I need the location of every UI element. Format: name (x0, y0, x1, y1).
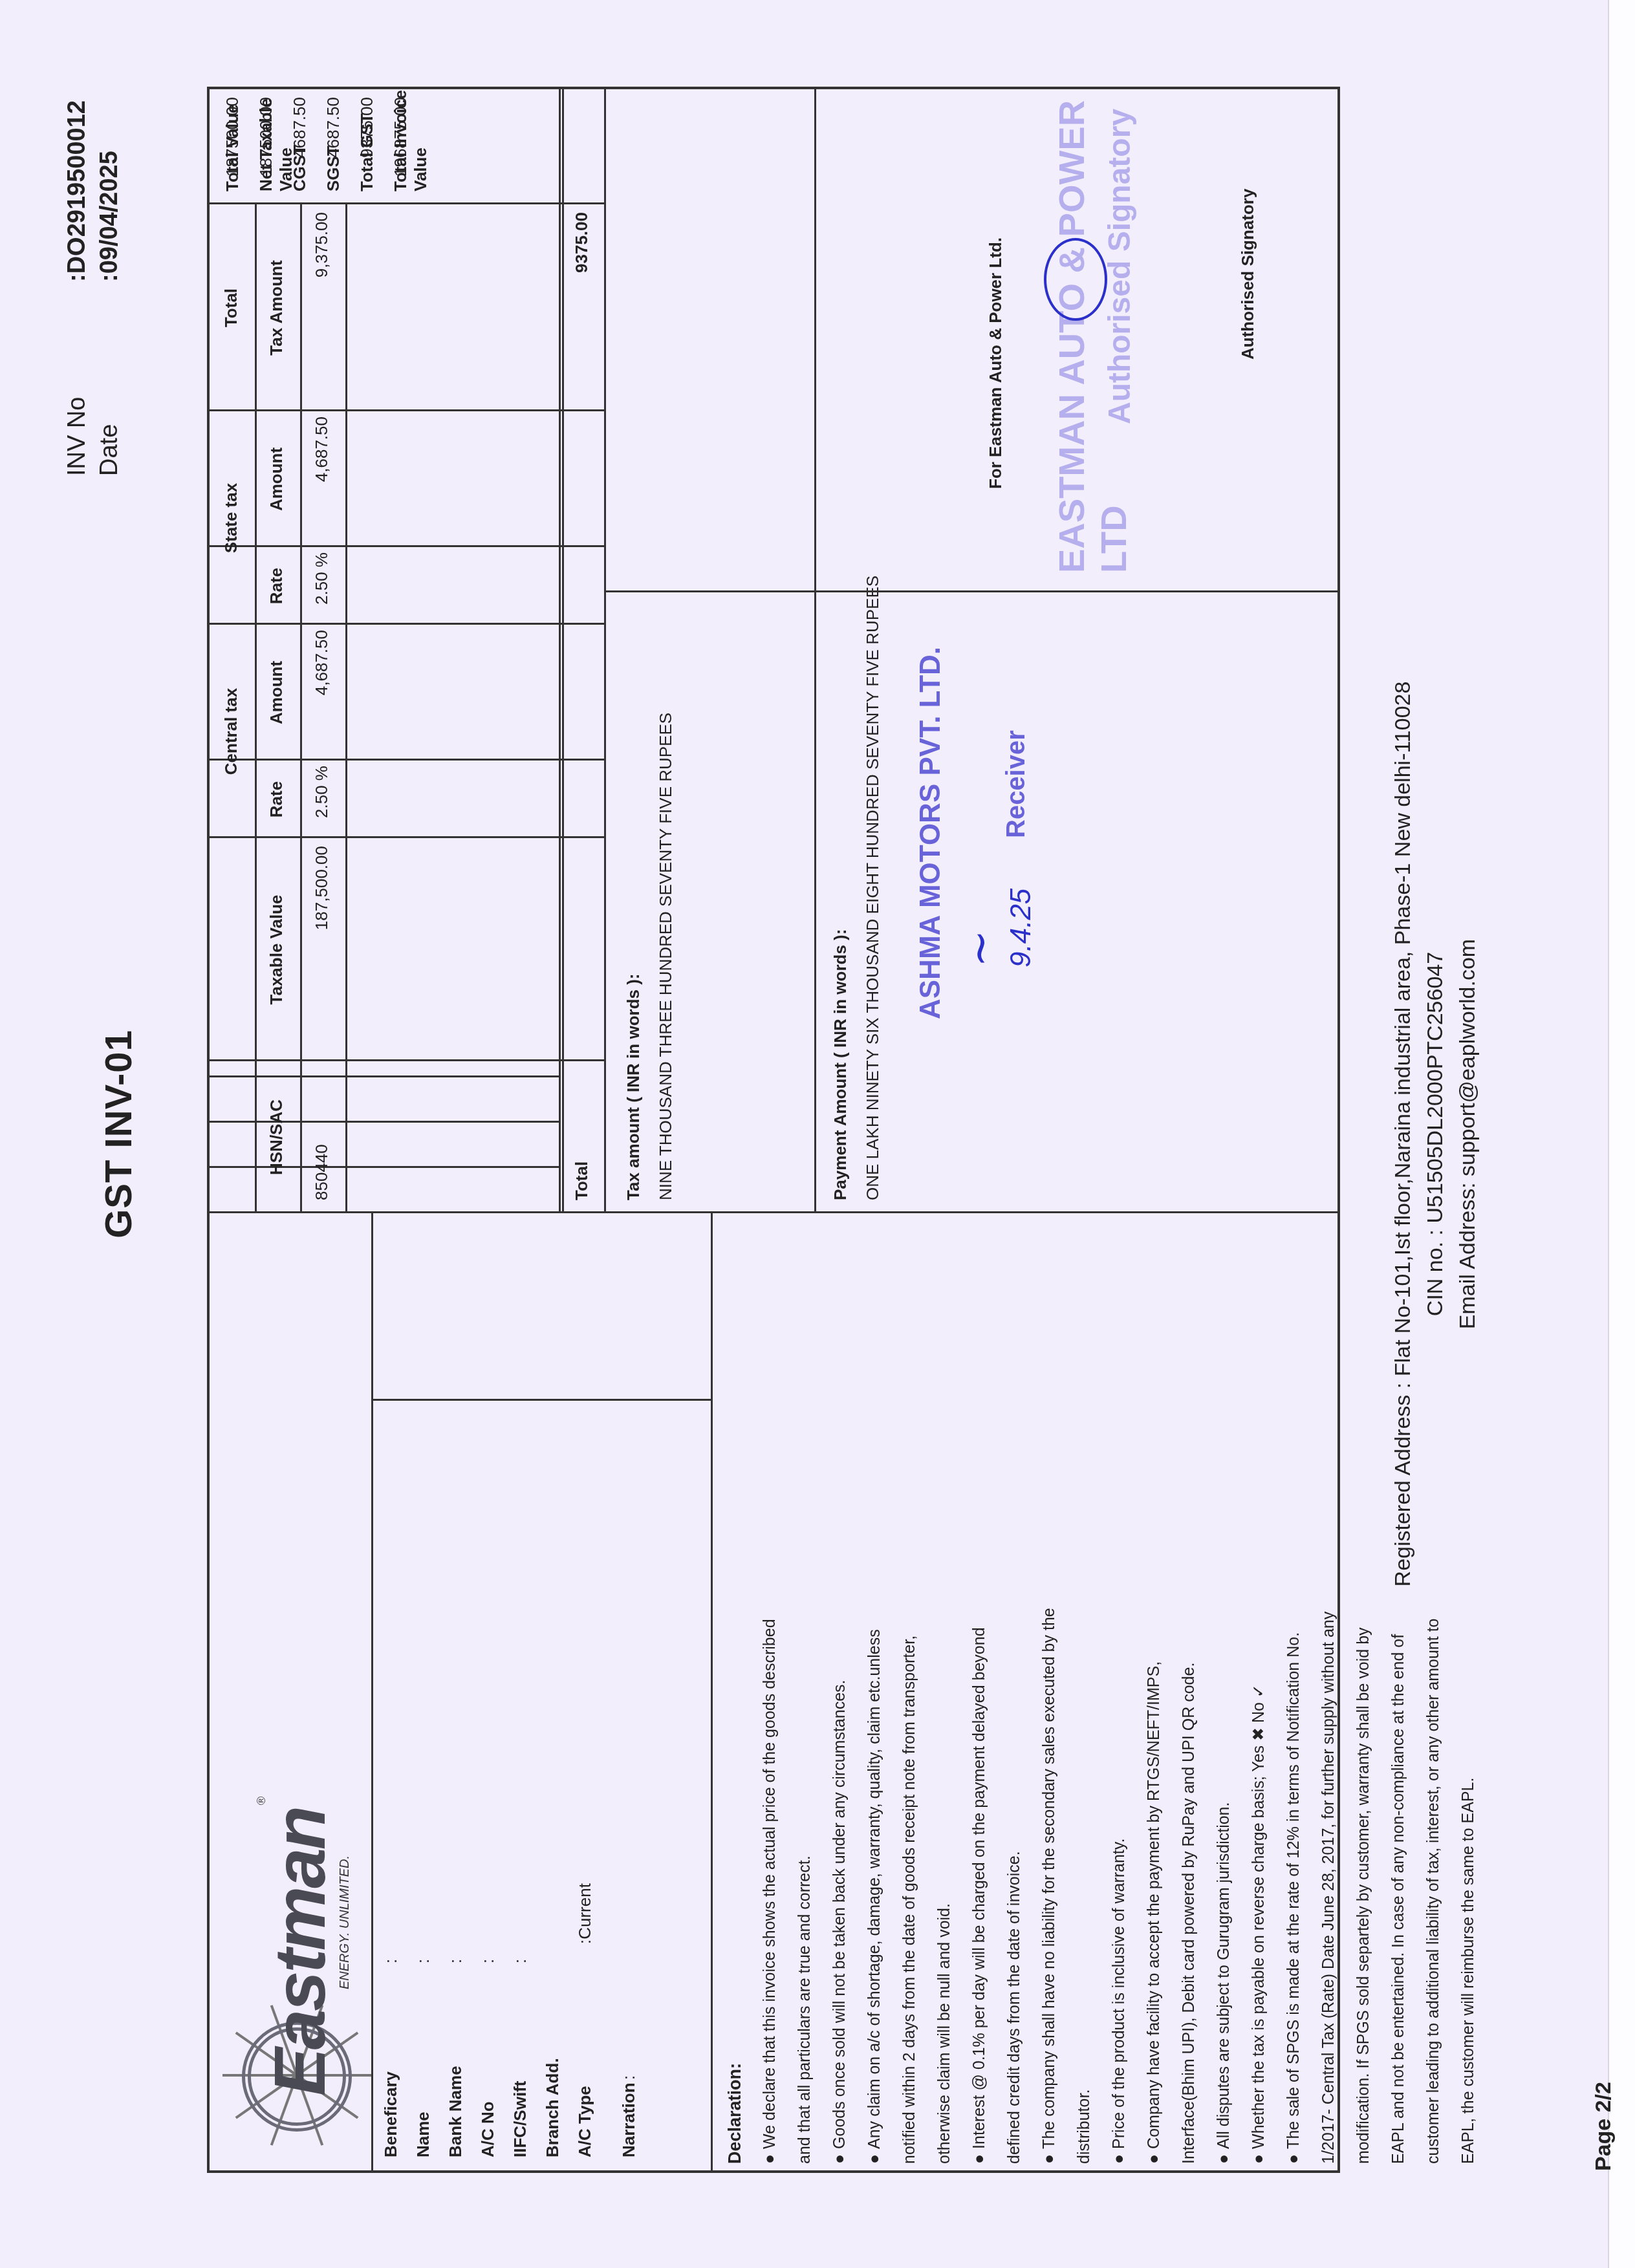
table-row-divider (559, 204, 561, 1213)
declaration-line: and that all particulars are true and co… (787, 1220, 822, 2164)
header-hsn-sac: HSN/SAC (266, 1061, 287, 1213)
cell-sgst-amount: 4,687.50 (312, 416, 332, 547)
header-central-tax: Central tax (221, 625, 241, 838)
field-beneficary: Beneficary : (381, 1407, 413, 2157)
summary-box: Total Value:187500.00Net Taxable Value:1… (210, 87, 604, 204)
declaration-line: distributor. (1067, 1220, 1101, 2164)
declaration-line: Company have facility to accept the paym… (1136, 1220, 1171, 2164)
field-ac-no: A/C No : (478, 1407, 510, 2157)
cell-sgst-rate: 2.50 % (312, 552, 332, 625)
signatory-divider (604, 590, 1340, 592)
declaration-line: 1/2017- Central Tax (Rate) Date June 28,… (1311, 1220, 1346, 2164)
declaration-line: The company shall have no liability for … (1032, 1220, 1067, 2164)
declaration-heading: Declaration: (717, 1220, 752, 2164)
page-number: Page 2/2 (1591, 2082, 1616, 2171)
summary-row: Total GST:9375.00 (357, 87, 389, 204)
date-label: Date (93, 282, 125, 476)
summary-value: 4687.50 (323, 97, 343, 158)
summary-row: SGST:4687.50 (323, 87, 356, 204)
declaration-lines: We declare that this invoice shows the a… (752, 1220, 1486, 2164)
summary-value: 4687.50 (290, 97, 310, 158)
declaration-line: Price of the product is inclusive of war… (1101, 1220, 1136, 2164)
logo-wordmark: Eastman (258, 1808, 341, 2096)
company-signature (1044, 238, 1107, 321)
receiver-signature: ~ (953, 929, 1006, 967)
declaration-line: Interest @ 0.1% per day will be charged … (962, 1220, 997, 2164)
summary-value: 187500.00 (256, 97, 276, 177)
field-branch-address: Branch Add. (543, 1407, 575, 2157)
summary-row: Total Invoice Value:196875.00 (391, 87, 423, 204)
footer-address: Registered Address : Flat No-101,Ist flo… (1391, 0, 1416, 2268)
declaration-line: defined credit days from the date of inv… (997, 1220, 1032, 2164)
field-name: Name : (413, 1407, 446, 2157)
authorised-signatory-label: Authorised Signatory (1238, 189, 1258, 360)
summary-value: 187500.00 (222, 97, 243, 177)
declaration-line: Whether the tax is payable on reverse ch… (1241, 1220, 1276, 2164)
summary-row: Net Taxable Value:187500.00 (256, 87, 288, 204)
receiver-stamp-role: Receiver (1002, 730, 1031, 838)
declaration-line: We declare that this invoice shows the a… (752, 1220, 787, 2164)
logo-tagline: ENERGY. UNLIMITED. (338, 1855, 352, 1989)
cell-tax-amount: 9,375.00 (312, 212, 332, 411)
declaration-block: Declaration: We declare that this invoic… (717, 1220, 1486, 2164)
table-row-divider (255, 204, 257, 1213)
header-tax-amount: Tax Amount (266, 204, 287, 411)
for-company-label: For Eastman Auto & Power Ltd. (986, 237, 1006, 489)
table-row-divider (300, 204, 302, 1213)
table-row-divider (604, 87, 606, 1213)
inv-no-label: INV No (61, 282, 93, 476)
declaration-line: Goods once sold will not be taken back u… (822, 1220, 857, 2164)
registered-mark: ® (255, 1797, 268, 1805)
cell-cgst-amount: 4,687.50 (312, 630, 332, 761)
tax-words-label: Tax amount ( INR in words ): (623, 973, 644, 1200)
invoice-frame: Eastman ® ENERGY. UNLIMITED. Beneficary … (207, 87, 1340, 2173)
payment-words-label: Payment Amount ( INR in words ): (830, 929, 850, 1200)
summary-value: 196875.00 (391, 97, 411, 177)
declaration-line: All disputes are subject to Gurugram jur… (1206, 1220, 1241, 2164)
total-tax-value: 9375.00 (572, 212, 592, 411)
tax-grid (210, 87, 559, 1213)
header-sgst-rate: Rate (266, 547, 287, 625)
header-cgst-rate: Rate (266, 761, 287, 838)
footer-email: Email Address: support@eaplworld.com (1455, 0, 1480, 2268)
declaration-line: modification. If SPGS sold separtely by … (1346, 1220, 1381, 2164)
header-cgst-amount: Amount (266, 625, 287, 761)
cell-cgst-rate: 2.50 % (312, 766, 332, 838)
header-state-tax: State tax (221, 411, 241, 625)
field-ac-type: A/C Type :Current (575, 1407, 612, 2157)
header-taxable-value: Taxable Value (266, 838, 287, 1061)
declaration-line: otherwise claim will be null and void. (927, 1220, 962, 2164)
table-row-divider (345, 204, 347, 1213)
receiver-date: 9.4.25 (1005, 889, 1037, 967)
declaration-line: The sale of SPGS is made at the rate of … (1276, 1220, 1311, 2164)
declaration-line: Interface(Bhim UPI), Debit card powered … (1171, 1220, 1206, 2164)
date-value: :09/04/2025 (96, 151, 123, 282)
company-stamp-line2: Authorised Signatory (1102, 109, 1138, 424)
declaration-line: Any claim on a/c of shortage, damage, wa… (857, 1220, 892, 2164)
summary-row: Total Value:187500.00 (222, 87, 255, 204)
summary-row: CGST:4687.50 (290, 87, 322, 204)
beneficiary-block: Beneficary : Name : Bank Name : A/C No :… (381, 1407, 651, 2157)
invoice-meta: INV No:DO2919500012Date:09/04/2025 (61, 100, 125, 476)
eastman-logo: Eastman ® ENERGY. UNLIMITED. (222, 1769, 371, 2157)
footer-cin: CIN no. : U51505DL2000PTC256047 (1423, 0, 1448, 2268)
receiver-stamp-company: ASHMA MOTORS PVT. LTD. (915, 647, 947, 1019)
header-total: Total (221, 204, 241, 411)
cell-hsn: 850440 (312, 1144, 332, 1200)
declaration-line: notified within 2 days from the date of … (892, 1220, 927, 2164)
section-divider (814, 87, 816, 1213)
field-narration: Narration : (619, 1407, 651, 2157)
total-label: Total (572, 1161, 592, 1200)
payment-words-value: ONE LAKH NINETY SIX THOUSAND EIGHT HUNDR… (863, 576, 883, 1200)
cell-taxable-value: 187,500.00 (312, 846, 332, 1061)
inv-no-value: :DO2919500012 (63, 100, 91, 282)
header-sgst-amount: Amount (266, 411, 287, 547)
tax-words-value: NINE THOUSAND THREE HUNDRED SEVENTY FIVE… (656, 713, 676, 1200)
summary-value: 9375.00 (357, 97, 377, 158)
field-bank-name: Bank Name : (446, 1407, 478, 2157)
invoice-document: GST INV-01 Eastman ® ENERGY. UNLIMITED. (0, 0, 1635, 2268)
field-ifsc-swift: IIFC/Swift : (510, 1407, 543, 2157)
